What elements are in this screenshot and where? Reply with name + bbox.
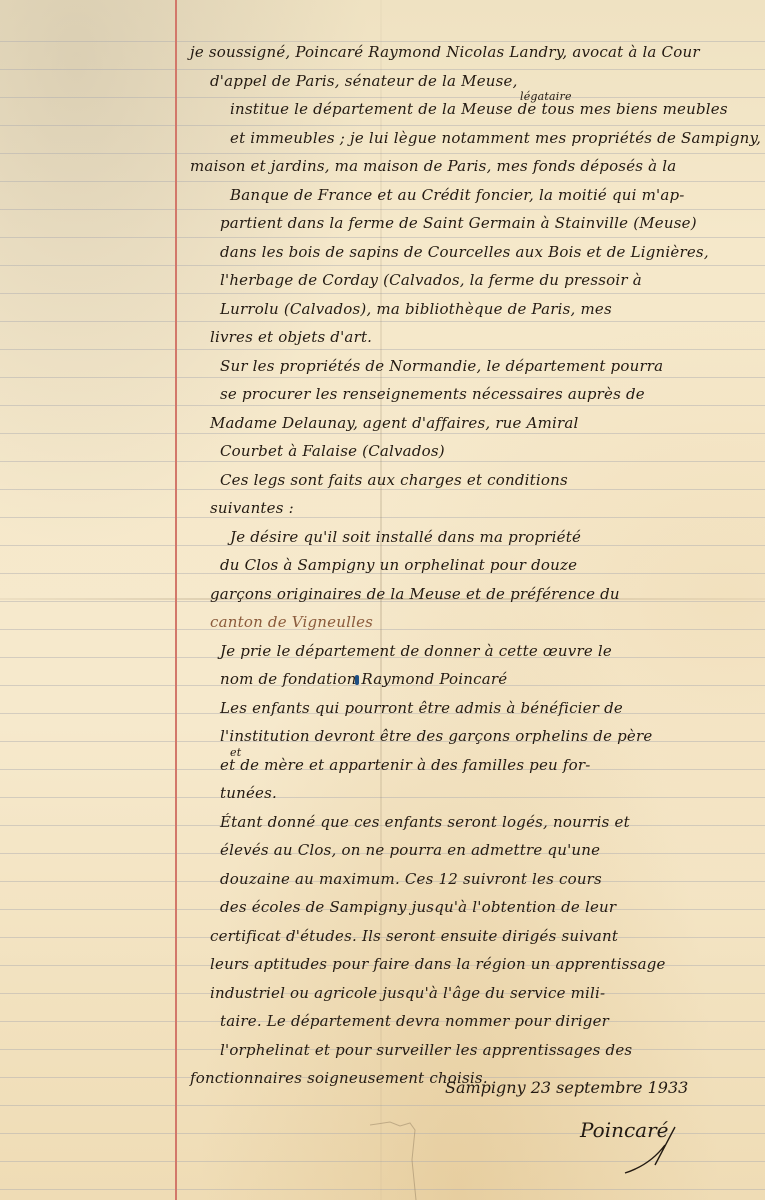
text-line: se procurer les renseignements nécessair… [190, 380, 750, 409]
text-line: livres et objets d'art. [190, 323, 750, 352]
text-line: l'herbage de Corday (Calvados, la ferme … [190, 266, 750, 295]
text-line: Madame Delaunay, agent d'affaires, rue A… [190, 409, 750, 438]
text-line: élevés au Clos, on ne pourra en admettre… [190, 836, 750, 865]
paper-tear-mark [370, 1120, 430, 1200]
text-line: dans les bois de sapins de Courcelles au… [190, 238, 750, 267]
text-line: Je désire qu'il soit installé dans ma pr… [190, 523, 750, 552]
text-line: l'orphelinat et pour surveiller les appr… [190, 1036, 750, 1065]
text-line: canton de Vigneulles [190, 608, 750, 637]
text-line: Banque de France et au Crédit foncier, l… [190, 181, 750, 210]
text-line: d'appel de Paris, sénateur de la Meuse, [190, 67, 750, 96]
text-line: Je prie le département de donner à cette… [190, 637, 750, 666]
text-line: Les enfants qui pourront être admis à bé… [190, 694, 750, 723]
text-line: je soussigné, Poincaré Raymond Nicolas L… [190, 38, 750, 67]
text-line: certificat d'études. Ils seront ensuite … [190, 922, 750, 951]
text-line: Courbet à Falaise (Calvados) [190, 437, 750, 466]
text-line: garçons originaires de la Meuse et de pr… [190, 580, 750, 609]
blue-ink-spot [355, 675, 359, 685]
text-line: et de mère et appartenir à des familles … [190, 751, 750, 780]
text-line: Étant donné que ces enfants seront logés… [190, 808, 750, 837]
text-line: leurs aptitudes pour faire dans la régio… [190, 950, 750, 979]
text-line: douzaine au maximum. Ces 12 suivront les… [190, 865, 750, 894]
text-line: l'institution devront être des garçons o… [190, 722, 750, 751]
text-line: nom de fondation Raymond Poincaré [190, 665, 750, 694]
text-line: institue le département de la Meuse de t… [190, 95, 750, 124]
text-line: suivantes : [190, 494, 750, 523]
text-line: Lurrolu (Calvados), ma bibliothèque de P… [190, 295, 750, 324]
text-line: Sur les propriétés de Normandie, le dépa… [190, 352, 750, 381]
text-line: Ces legs sont faits aux charges et condi… [190, 466, 750, 495]
red-margin-line [175, 0, 177, 1200]
signature-flourish-icon [595, 1125, 685, 1175]
handwritten-body: je soussigné, Poincaré Raymond Nicolas L… [190, 38, 750, 1093]
text-line: taire. Le département devra nommer pour … [190, 1007, 750, 1036]
text-line: du Clos à Sampigny un orphelinat pour do… [190, 551, 750, 580]
text-line: tunées. [190, 779, 750, 808]
text-line: des écoles de Sampigny jusqu'à l'obtenti… [190, 893, 750, 922]
interlinear-insertion: légataire [520, 83, 572, 112]
text-line: partient dans la ferme de Saint Germain … [190, 209, 750, 238]
place-and-date: Sampigny 23 septembre 1933 [445, 1078, 688, 1097]
text-line: maison et jardins, ma maison de Paris, m… [190, 152, 750, 181]
text-line: et immeubles ; je lui lègue notamment me… [190, 124, 750, 153]
text-line: industriel ou agricole jusqu'à l'âge du … [190, 979, 750, 1008]
interlinear-insertion: et [230, 739, 241, 768]
